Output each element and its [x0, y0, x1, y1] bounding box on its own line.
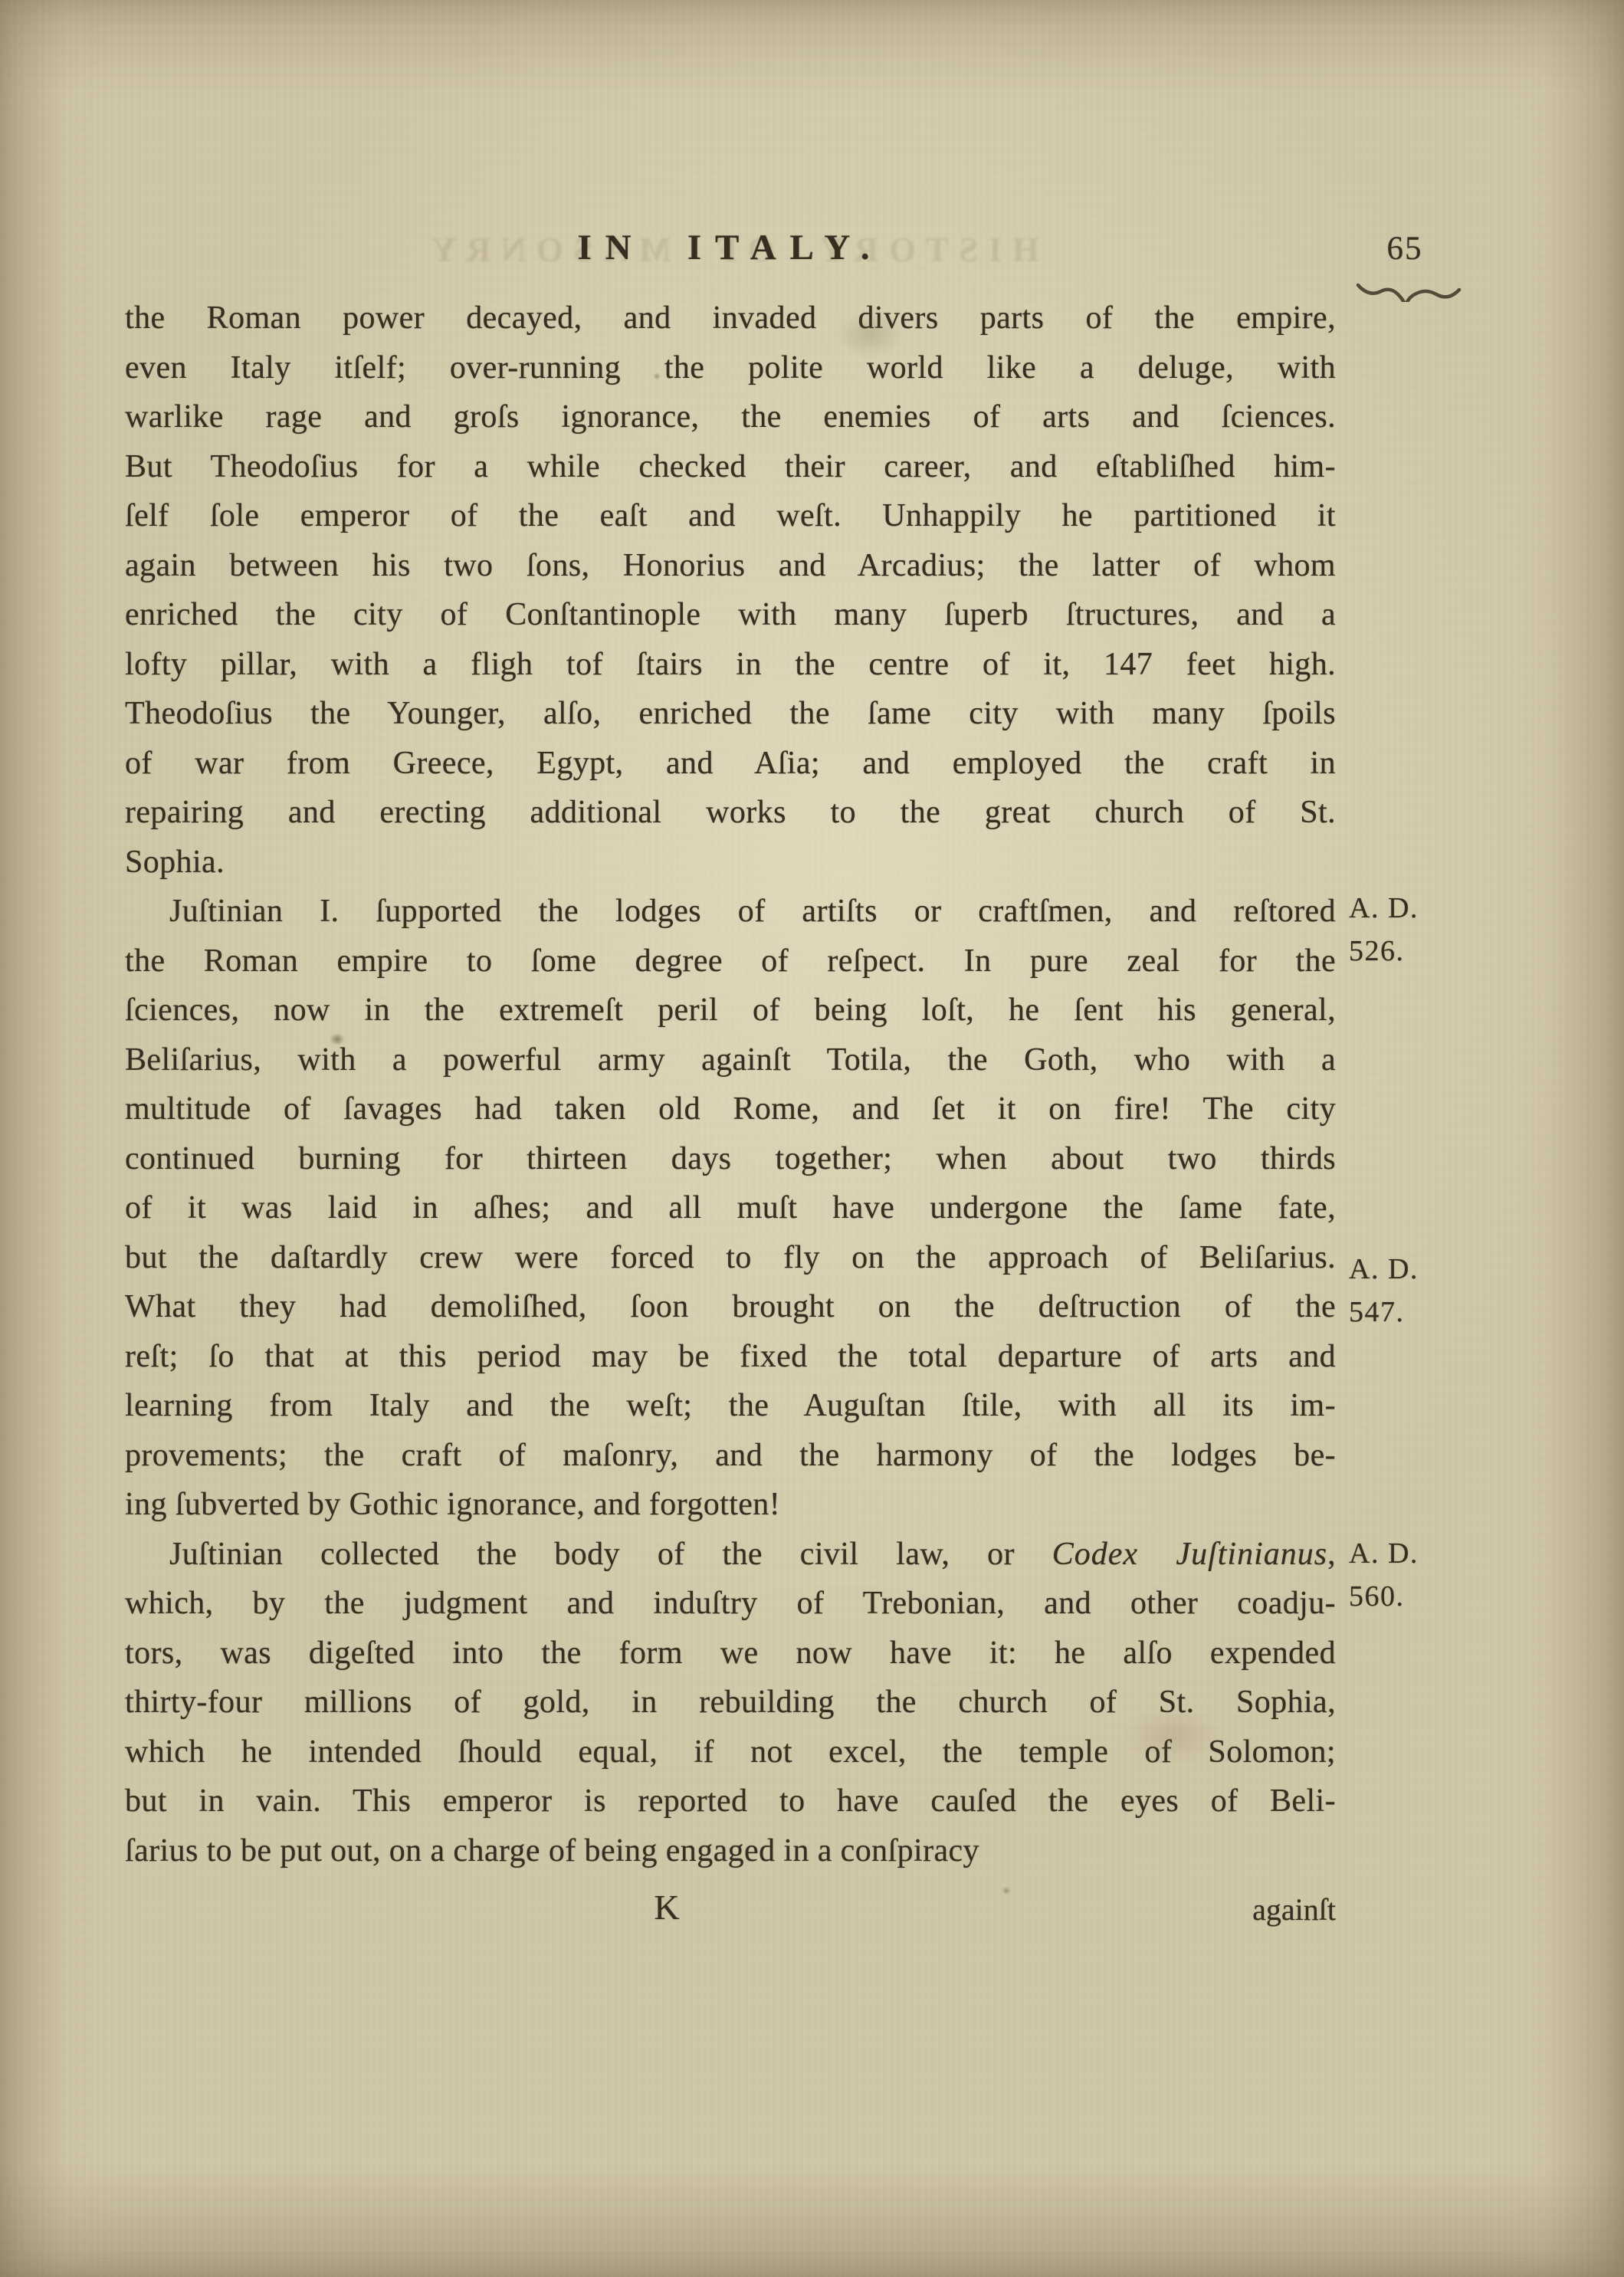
- italic-book-title: Codex Juſtinianus: [1052, 1537, 1327, 1572]
- text-line: reſt; ſo that at this period may be fixe…: [125, 1332, 1336, 1382]
- body-text: the Roman power decayed, and invaded div…: [125, 294, 1336, 1875]
- margin-note-year: 526.: [1349, 930, 1602, 973]
- margin-note-era: A. D.: [1349, 1532, 1602, 1575]
- text-line: but in vain. This emperor is reported to…: [125, 1777, 1336, 1826]
- page-number: 65: [1347, 230, 1462, 267]
- text-line: the Roman empire to ſome degree of reſpe…: [125, 937, 1336, 986]
- catchword: againſt: [1073, 1891, 1336, 1928]
- margin-note-year: 560.: [1349, 1575, 1602, 1618]
- text-line: the Roman power decayed, and invaded div…: [125, 294, 1336, 343]
- signature-mark: K: [628, 1887, 705, 1928]
- margin-note-year: 547.: [1349, 1291, 1602, 1334]
- folio-flourish-squiggle: [1355, 276, 1462, 302]
- text-line: But Theodoſius for a while checked their…: [125, 442, 1336, 492]
- running-head: IN ITALY.: [125, 227, 1336, 268]
- text-segment: Juſtinian collected the body of the civi…: [169, 1537, 1052, 1572]
- text-line: Beliſarius, with a powerful army againſt…: [125, 1035, 1336, 1085]
- text-line: of it was laid in aſhes; and all muſt ha…: [125, 1183, 1336, 1233]
- text-line: Juſtinian collected the body of the civi…: [125, 1530, 1336, 1580]
- margin-note-ad-526: A. D. 526.: [1349, 887, 1602, 973]
- paragraph-1: the Roman power decayed, and invaded div…: [125, 294, 1336, 887]
- margin-note-era: A. D.: [1349, 1248, 1602, 1291]
- text-line: warlike rage and groſs ignorance, the en…: [125, 392, 1336, 442]
- paragraph-2: Juſtinian I. ſupported the lodges of art…: [125, 887, 1336, 1530]
- book-page-scan: HISTORY OF MASONRY IN ITALY. 65 the Roma…: [0, 0, 1624, 2277]
- text-line: even Italy itſelf; over-running the poli…: [125, 343, 1336, 393]
- text-line: What they had demoliſhed, ſoon brought o…: [125, 1282, 1336, 1332]
- margin-note-ad-560: A. D. 560.: [1349, 1532, 1602, 1618]
- text-line: again between his two ſons, Honorius and…: [125, 541, 1336, 591]
- text-line: learning from Italy and the weſt; the Au…: [125, 1381, 1336, 1431]
- text-segment: ,: [1327, 1537, 1336, 1572]
- text-line: ſciences, now in the extremeſt peril of …: [125, 986, 1336, 1035]
- text-line: Juſtinian I. ſupported the lodges of art…: [125, 887, 1336, 937]
- text-line: continued burning for thirteen days toge…: [125, 1134, 1336, 1184]
- paragraph-3: Juſtinian collected the body of the civi…: [125, 1530, 1336, 1876]
- text-line: ing ſubverted by Gothic ignorance, and f…: [125, 1480, 1336, 1530]
- text-line: ſarius to be put out, on a charge of bei…: [125, 1826, 1336, 1876]
- text-line: ſelf ſole emperor of the eaſt and weſt. …: [125, 491, 1336, 541]
- text-line: thirty-four millions of gold, in rebuild…: [125, 1678, 1336, 1727]
- text-line: tors, was digeſted into the form we now …: [125, 1629, 1336, 1678]
- text-line: multitude of ſavages had taken old Rome,…: [125, 1084, 1336, 1134]
- text-line: repairing and erecting additional works …: [125, 788, 1336, 838]
- text-line: but the daſtardly crew were forced to fl…: [125, 1233, 1336, 1283]
- text-line: provements; the craft of maſonry, and th…: [125, 1431, 1336, 1481]
- text-line: Theodoſius the Younger, alſo, enriched t…: [125, 689, 1336, 739]
- text-line: of war from Greece, Egypt, and Aſia; and…: [125, 739, 1336, 789]
- text-line: Sophia.: [125, 838, 1336, 888]
- ink-speck: [1002, 1887, 1011, 1895]
- text-line: which he intended ſhould equal, if not e…: [125, 1727, 1336, 1777]
- text-line: which, by the judgment and induſtry of T…: [125, 1579, 1336, 1629]
- margin-note-ad-547: A. D. 547.: [1349, 1248, 1602, 1334]
- text-line: lofty pillar, with a fligh tof ſtairs in…: [125, 640, 1336, 690]
- margin-note-era: A. D.: [1349, 887, 1602, 930]
- text-line: enriched the city of Conſtantinople with…: [125, 590, 1336, 640]
